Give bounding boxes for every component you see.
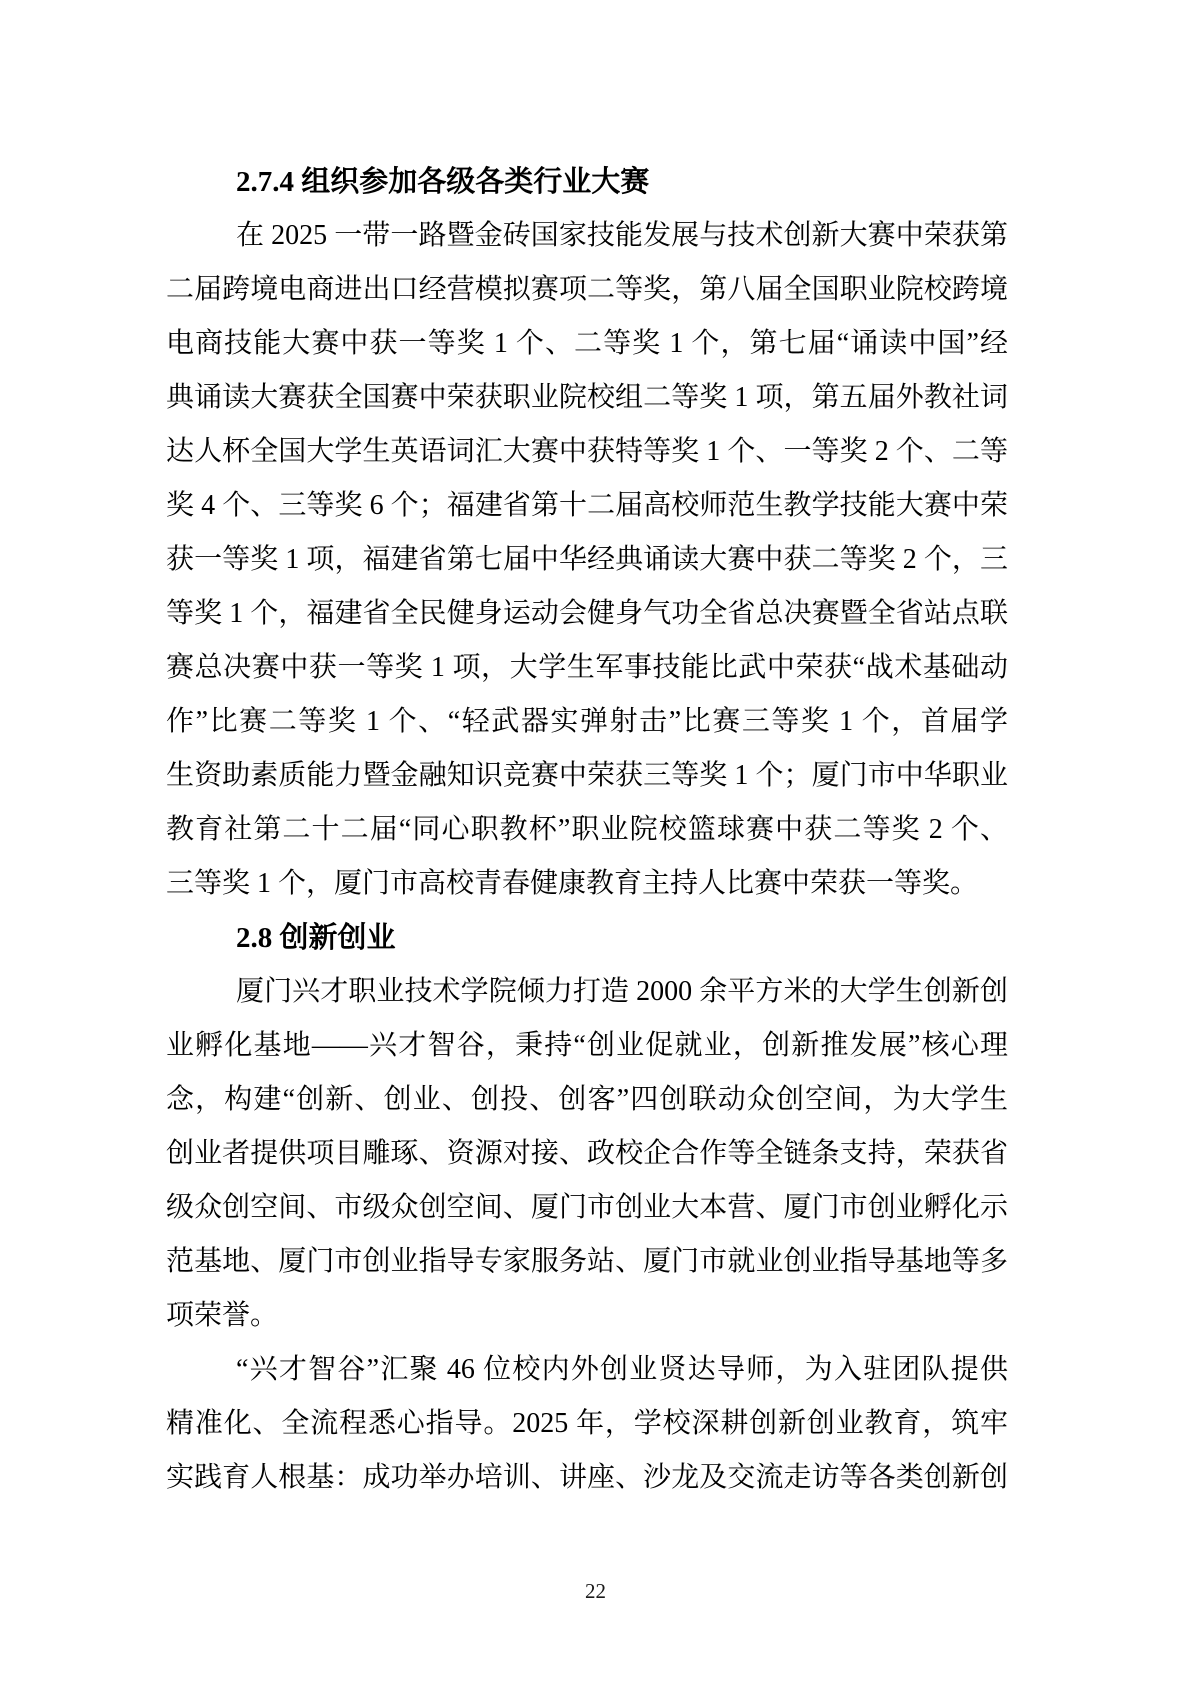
- text-line: 创业者提供项目雕琢、资源对接、政校企合作等全链条支持，荣获省: [166, 1127, 1008, 1181]
- text-line: 在 2025 一带一路暨金砖国家技能发展与技术创新大赛中荣获第: [166, 209, 1008, 263]
- text-line: 电商技能大赛中获一等奖 1 个、二等奖 1 个，第七届“诵读中国”经: [166, 317, 1008, 371]
- text-line: 项荣誉。: [166, 1289, 1008, 1343]
- text-line: 三等奖 1 个，厦门市高校青春健康教育主持人比赛中荣获一等奖。: [166, 857, 1008, 911]
- section-heading-2-7-4: 2.7.4 组织参加各级各类行业大赛: [166, 155, 1008, 209]
- text-line: 获一等奖 1 项，福建省第七届中华经典诵读大赛中获二等奖 2 个，三: [166, 533, 1008, 587]
- text-line: 教育社第二十二届“同心职教杯”职业院校篮球赛中获二等奖 2 个、: [166, 803, 1008, 857]
- section-heading-2-8: 2.8 创新创业: [166, 911, 1008, 965]
- paragraph-mentors-education: “兴才智谷”汇聚 46 位校内外创业贤达导师，为入驻团队提供精准化、全流程悉心指…: [166, 1343, 1008, 1505]
- text-line: 典诵读大赛获全国赛中荣获职业院校组二等奖 1 项，第五届外教社词: [166, 371, 1008, 425]
- text-line: 实践育人根基：成功举办培训、讲座、沙龙及交流走访等各类创新创: [166, 1451, 1008, 1505]
- text-line: 厦门兴才职业技术学院倾力打造 2000 余平方米的大学生创新创: [166, 965, 1008, 1019]
- text-line: 赛总决赛中获一等奖 1 项，大学生军事技能比武中荣获“战术基础动: [166, 641, 1008, 695]
- page-number: 22: [0, 1578, 1191, 1604]
- text-line: 达人杯全国大学生英语词汇大赛中获特等奖 1 个、一等奖 2 个、二等: [166, 425, 1008, 479]
- text-line: 业孵化基地——兴才智谷，秉持“创业促就业，创新推发展”核心理: [166, 1019, 1008, 1073]
- text-line: 奖 4 个、三等奖 6 个；福建省第十二届高校师范生教学技能大赛中荣: [166, 479, 1008, 533]
- text-line: 等奖 1 个，福建省全民健身运动会健身气功全省总决赛暨全省站点联: [166, 587, 1008, 641]
- document-body: 2.7.4 组织参加各级各类行业大赛在 2025 一带一路暨金砖国家技能发展与技…: [166, 155, 1008, 1505]
- text-line: 念，构建“创新、创业、创投、创客”四创联动众创空间，为大学生: [166, 1073, 1008, 1127]
- text-line: 作”比赛二等奖 1 个、“轻武器实弹射击”比赛三等奖 1 个，首届学: [166, 695, 1008, 749]
- paragraph-competition-awards: 在 2025 一带一路暨金砖国家技能发展与技术创新大赛中荣获第二届跨境电商进出口…: [166, 209, 1008, 911]
- document-page: 2.7.4 组织参加各级各类行业大赛在 2025 一带一路暨金砖国家技能发展与技…: [0, 0, 1191, 1684]
- text-line: 级众创空间、市级众创空间、厦门市创业大本营、厦门市创业孵化示: [166, 1181, 1008, 1235]
- text-line: 生资助素质能力暨金融知识竞赛中荣获三等奖 1 个；厦门市中华职业: [166, 749, 1008, 803]
- text-line: “兴才智谷”汇聚 46 位校内外创业贤达导师，为入驻团队提供: [166, 1343, 1008, 1397]
- paragraph-incubation-base: 厦门兴才职业技术学院倾力打造 2000 余平方米的大学生创新创业孵化基地——兴才…: [166, 965, 1008, 1343]
- text-line: 精准化、全流程悉心指导。2025 年，学校深耕创新创业教育，筑牢: [166, 1397, 1008, 1451]
- text-line: 范基地、厦门市创业指导专家服务站、厦门市就业创业指导基地等多: [166, 1235, 1008, 1289]
- text-line: 二届跨境电商进出口经营模拟赛项二等奖，第八届全国职业院校跨境: [166, 263, 1008, 317]
